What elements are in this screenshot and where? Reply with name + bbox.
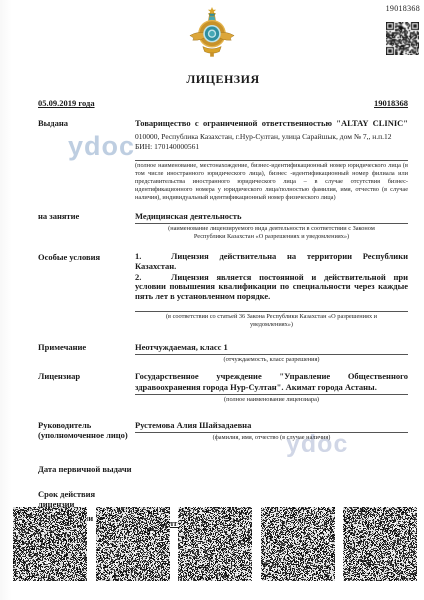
data-matrix-icon [178,507,252,581]
data-matrix-icon [96,507,170,581]
field-licensor: Лицензиар Государственное учреждение "Уп… [38,371,408,404]
licensee-address: 010000, Республика Казахстан, г.Нур-Султ… [135,132,408,142]
field-label: Особые условия [38,252,135,262]
field-underline [135,432,408,433]
field-label: Дата первичной выдачи [38,464,198,474]
field-label: Примечание [38,342,135,352]
field-caption: (отчуждаемость, класс разрешения) [135,356,408,364]
field-caption: (полное наименование лицензиара) [135,396,408,404]
activity-value: Медицинская деятельность [135,211,408,222]
field-label: Выдана [38,118,135,128]
license-number: 19018368 [374,98,408,108]
field-label: Лицензиар [38,371,135,381]
field-label: Руководитель (уполномоченное лицо) [38,420,135,440]
field-special-conditions: Особые условия 1.Лицензия действительна … [38,252,408,329]
field-caption: (фамилия, имя, отчество (в случае наличи… [135,434,408,442]
field-activity: на занятие Медицинская деятельность (наи… [38,211,408,241]
field-caption: (наименование лицензируемого вида деятел… [135,225,408,241]
field-first-issue-date: Дата первичной выдачи [38,464,408,474]
date-and-number-row: 05.09.2019 года 19018368 [38,98,408,108]
document-title: ЛИЦЕНЗИЯ [38,72,408,87]
licensee-name: Товарищество с ограниченной ответственно… [135,118,408,129]
field-underline [135,394,408,395]
licensee-bin: БИН: 170140000561 [135,142,408,152]
data-matrix-icon [261,507,335,581]
field-underline [135,354,408,355]
field-note: Примечание Неотчуждаемая, класс 1 (отчуж… [38,342,408,364]
barcode-strip [13,507,417,581]
issue-date: 05.09.2019 года [38,98,95,108]
license-document-page: ydoc ydoc 19018368 ЛИЦЕНЗИЯ [0,0,424,600]
field-caption: (полное наименование, местонахождение, б… [135,162,408,202]
field-underline [135,311,408,312]
licensor-value: Государственное учреждение "Управление О… [135,371,408,393]
field-caption: (в соответствии со статьей 36 Закона Рес… [135,313,408,329]
data-matrix-icon [343,507,417,581]
note-value: Неотчуждаемая, класс 1 [135,342,408,353]
field-underline [135,160,408,161]
field-label: на занятие [38,211,135,221]
scan-edge-shading [0,0,12,600]
data-matrix-icon [13,507,87,581]
field-underline [135,223,408,224]
special-condition-item: 2.Лицензия является постоянной и действи… [135,273,408,302]
head-name: Рустемова Алия Шайзадаевна [135,420,408,431]
special-condition-item: 1.Лицензия действительна на территории Р… [135,252,408,272]
field-label: Срок действия лицензии [38,489,135,509]
field-issued-to: Выдана Товарищество с ограниченной ответ… [38,118,408,202]
field-validity: Срок действия лицензии [38,489,408,509]
field-head: Руководитель (уполномоченное лицо) Русте… [38,420,408,442]
